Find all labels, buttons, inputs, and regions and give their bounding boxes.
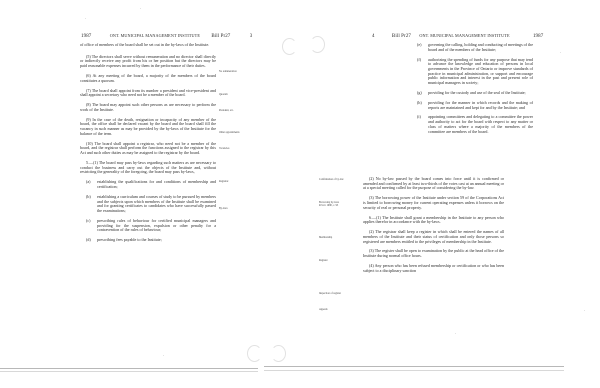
clause-text: appointing committees and delegating to … xyxy=(428,115,533,134)
scan-speck xyxy=(163,355,164,356)
clause-g: (g) providing for the custody and use of… xyxy=(417,91,533,96)
section-paragraph: 6.—(1) The Institute shall grant a membe… xyxy=(363,216,504,225)
margin-note: Quorum xyxy=(219,93,245,96)
punch-hole xyxy=(282,38,297,55)
left-page: 1987 ONT. MUNICIPAL MANAGEMENT INSTITUTE… xyxy=(0,0,300,388)
clause-c: (c) prescribing rules of behaviour for c… xyxy=(86,219,216,233)
section-paragraph: (3) The borrowing power of the Institute… xyxy=(363,196,504,210)
clause-label: (b) xyxy=(86,195,97,214)
section-paragraph: 5.—(1) The board may pass by-laws regard… xyxy=(80,161,216,175)
page-bottom-rule xyxy=(0,371,258,372)
section-paragraph: (2) The registrar shall keep a register … xyxy=(363,230,504,244)
clause-text: authorizing the spending of funds for an… xyxy=(428,58,533,86)
clause-text: providing for the manner in which record… xyxy=(428,101,533,110)
clause-e: (e) governing the calling, holding and c… xyxy=(417,43,533,52)
margin-note: By-laws xyxy=(219,207,245,210)
clause-label: (d) xyxy=(86,238,97,243)
clause-label: (f) xyxy=(417,58,428,86)
right-page: 4 Bill Pr27 ONT. MUNICIPAL MANAGEMENT IN… xyxy=(300,0,600,388)
margin-note: Inspection of register xyxy=(319,292,345,295)
right-page-body: (2) No by-law passed by the board comes … xyxy=(363,177,504,279)
punch-hole xyxy=(247,345,262,362)
margin-note: Membership xyxy=(319,236,345,239)
right-page-header: 4 Bill Pr27 ONT. MUNICIPAL MANAGEMENT IN… xyxy=(372,33,543,39)
section-paragraph: (6) At any meeting of the board, a major… xyxy=(80,74,216,83)
section-paragraph: (8) The board may appoint such other per… xyxy=(80,103,216,112)
margin-note: No remuneration xyxy=(219,70,245,73)
section-paragraph: (9) In the case of the death, resignatio… xyxy=(80,118,216,137)
page-bottom-rule xyxy=(0,368,258,369)
scan-speck xyxy=(455,333,456,334)
header-bill: Bill Pr27 xyxy=(211,34,230,39)
header-title: ONT. MUNICIPAL MANAGEMENT INSTITUTE xyxy=(419,33,509,38)
header-page-number: 3 xyxy=(250,34,253,39)
margin-note: Confirmation of by-law xyxy=(319,178,345,181)
clause-d: (d) prescribing fees payable to the Inst… xyxy=(86,238,216,243)
margin-note: Vacancies xyxy=(219,147,245,150)
right-page-clauses: (e) governing the calling, holding and c… xyxy=(417,43,533,139)
header-year: 1987 xyxy=(533,34,543,39)
clause-text: prescribing fees payable to the Institut… xyxy=(97,238,216,243)
clause-text: establishing a curriculum and courses of… xyxy=(97,195,216,214)
clause-label: (g) xyxy=(417,91,428,96)
margin-note: Other appointments xyxy=(219,131,245,134)
margin-note: Borrowing by-laws R.S.O. 1980, c. 95 xyxy=(319,201,345,207)
left-page-body: of office of members of the board shall … xyxy=(80,43,216,248)
header-year: 1987 xyxy=(81,34,91,39)
clause-label: (i) xyxy=(417,115,428,134)
clause-label: (e) xyxy=(417,43,428,52)
margin-note: Registrar xyxy=(219,180,245,183)
punch-hole xyxy=(310,36,325,53)
page-bottom-rule xyxy=(264,370,564,371)
left-page-header: 1987 ONT. MUNICIPAL MANAGEMENT INSTITUTE… xyxy=(81,33,252,39)
punch-hole xyxy=(271,345,286,362)
section-paragraph: of office of members of the board shall … xyxy=(80,43,216,48)
section-paragraph: (7) The board shall appoint from its num… xyxy=(80,89,216,98)
scan-speck xyxy=(85,18,86,19)
header-title: ONT. MUNICIPAL MANAGEMENT INSTITUTE xyxy=(110,33,200,38)
section-paragraph: (10) The board shall appoint a registrar… xyxy=(80,142,216,156)
clause-label: (c) xyxy=(86,219,97,233)
clause-h: (h) providing for the manner in which re… xyxy=(417,101,533,110)
scan-speck xyxy=(584,310,585,311)
header-page-number: 4 xyxy=(372,34,375,39)
scan-speck xyxy=(140,8,141,9)
section-paragraph: (3) The register shall be open to examin… xyxy=(363,249,504,258)
margin-note: Register xyxy=(319,259,345,262)
clause-label: (a) xyxy=(86,180,97,189)
section-paragraph: (4) Any person who has been refused memb… xyxy=(363,264,504,273)
margin-note: Appeals xyxy=(319,308,345,311)
page-bottom-rule xyxy=(264,366,564,367)
scan-speck xyxy=(560,52,561,53)
section-paragraph: (5) The directors shall serve without re… xyxy=(80,55,216,69)
clause-b: (b) establishing a curriculum and course… xyxy=(86,195,216,214)
clause-label: (h) xyxy=(417,101,428,110)
clause-text: prescribing rules of behaviour for certi… xyxy=(97,219,216,233)
clause-f: (f) authorizing the spending of funds fo… xyxy=(417,58,533,86)
header-bill: Bill Pr27 xyxy=(392,34,411,39)
margin-note: President, etc. xyxy=(219,109,245,112)
clause-text: governing the calling, holding and condu… xyxy=(428,43,533,52)
section-paragraph: (2) No by-law passed by the board comes … xyxy=(363,177,504,191)
clause-text: providing for the custody and use of the… xyxy=(428,91,533,96)
clause-i: (i) appointing committees and delegating… xyxy=(417,115,533,134)
clause-text: establishing the qualifications for and … xyxy=(97,180,216,189)
clause-a: (a) establishing the qualifications for … xyxy=(86,180,216,189)
